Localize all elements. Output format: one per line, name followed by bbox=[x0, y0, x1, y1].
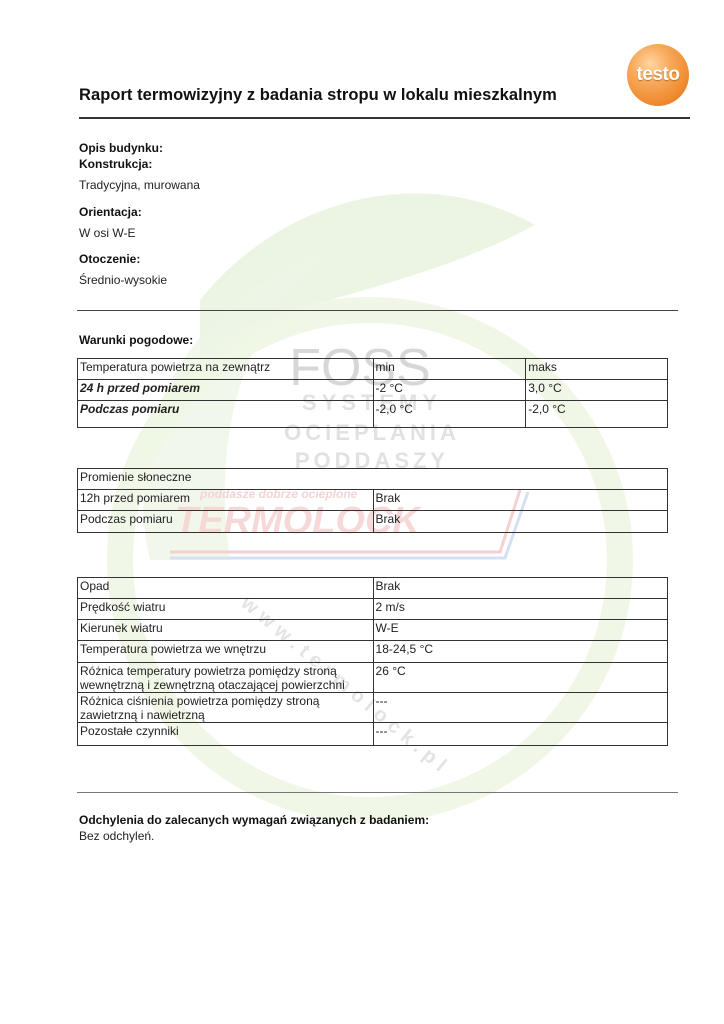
table-cell: Temperatura powietrza we wnętrzu bbox=[78, 641, 374, 663]
table-row: Opad Brak bbox=[78, 578, 668, 599]
table-header-row: Promienie słoneczne bbox=[78, 469, 668, 490]
surroundings-value: Średnio-wysokie bbox=[79, 273, 167, 287]
sunlight-table: Promienie słoneczne 12h przed pomiarem B… bbox=[77, 468, 668, 533]
table-row: 24 h przed pomiarem -2 °C 3,0 °C bbox=[78, 380, 668, 401]
table-cell: 2 m/s bbox=[373, 599, 667, 620]
outdoor-temperature-table: Temperatura powietrza na zewnątrz min ma… bbox=[77, 358, 668, 428]
table-cell: Kierunek wiatru bbox=[78, 620, 374, 641]
table-row: Temperatura powietrza we wnętrzu 18-24,5… bbox=[78, 641, 668, 663]
table-row: Różnica temperatury powietrza pomiędzy s… bbox=[78, 663, 668, 693]
table-row: Pozostałe czynniki --- bbox=[78, 723, 668, 746]
table-cell: Brak bbox=[373, 511, 667, 533]
table-cell: Brak bbox=[373, 490, 667, 511]
table-cell: --- bbox=[373, 693, 667, 723]
logo-text: testo bbox=[637, 64, 680, 86]
table-cell: -2,0 °C bbox=[526, 401, 668, 428]
table-cell: Podczas pomiaru bbox=[78, 511, 374, 533]
table-cell: -2,0 °C bbox=[373, 401, 526, 428]
table-cell: 24 h przed pomiarem bbox=[78, 380, 374, 401]
testo-logo: testo bbox=[627, 44, 689, 106]
table-cell: W-E bbox=[373, 620, 667, 641]
construction-label: Konstrukcja: bbox=[79, 157, 152, 171]
table-cell: -2 °C bbox=[373, 380, 526, 401]
leaf-watermark-icon bbox=[200, 193, 535, 380]
header-divider bbox=[79, 117, 690, 119]
section-divider bbox=[77, 310, 678, 311]
table-cell: Prędkość wiatru bbox=[78, 599, 374, 620]
table-cell: Różnica ciśnienia powietrza pomiędzy str… bbox=[78, 693, 374, 723]
report-title: Raport termowizyjny z badania stropu w l… bbox=[79, 86, 557, 105]
orientation-label: Orientacja: bbox=[79, 205, 142, 219]
other-conditions-table: Opad Brak Prędkość wiatru 2 m/s Kierunek… bbox=[77, 577, 668, 746]
table-cell: 3,0 °C bbox=[526, 380, 668, 401]
table-cell: 12h przed pomiarem bbox=[78, 490, 374, 511]
table-cell: Promienie słoneczne bbox=[78, 469, 668, 490]
table-cell: maks bbox=[526, 359, 668, 380]
orientation-value: W osi W-E bbox=[79, 226, 135, 240]
building-heading: Opis budynku: bbox=[79, 141, 163, 155]
table-row: Podczas pomiaru -2,0 °C -2,0 °C bbox=[78, 401, 668, 428]
table-header-row: Temperatura powietrza na zewnątrz min ma… bbox=[78, 359, 668, 380]
table-cell: Podczas pomiaru bbox=[78, 401, 374, 428]
table-cell: --- bbox=[373, 723, 667, 746]
table-row: Podczas pomiaru Brak bbox=[78, 511, 668, 533]
table-cell: 18-24,5 °C bbox=[373, 641, 667, 663]
table-row: 12h przed pomiarem Brak bbox=[78, 490, 668, 511]
table-cell: min bbox=[373, 359, 526, 380]
section-divider bbox=[77, 792, 678, 793]
table-cell: Temperatura powietrza na zewnątrz bbox=[78, 359, 374, 380]
deviations-value: Bez odchyleń. bbox=[79, 829, 154, 843]
deviations-heading: Odchylenia do zalecanych wymagań związan… bbox=[79, 813, 429, 827]
table-cell: Pozostałe czynniki bbox=[78, 723, 374, 746]
table-row: Prędkość wiatru 2 m/s bbox=[78, 599, 668, 620]
table-row: Kierunek wiatru W-E bbox=[78, 620, 668, 641]
weather-heading: Warunki pogodowe: bbox=[79, 333, 193, 347]
construction-value: Tradycyjna, murowana bbox=[79, 178, 200, 192]
table-cell: Opad bbox=[78, 578, 374, 599]
table-row: Różnica ciśnienia powietrza pomiędzy str… bbox=[78, 693, 668, 723]
table-cell: Brak bbox=[373, 578, 667, 599]
table-cell: Różnica temperatury powietrza pomiędzy s… bbox=[78, 663, 374, 693]
surroundings-label: Otoczenie: bbox=[79, 252, 140, 266]
table-cell: 26 °C bbox=[373, 663, 667, 693]
